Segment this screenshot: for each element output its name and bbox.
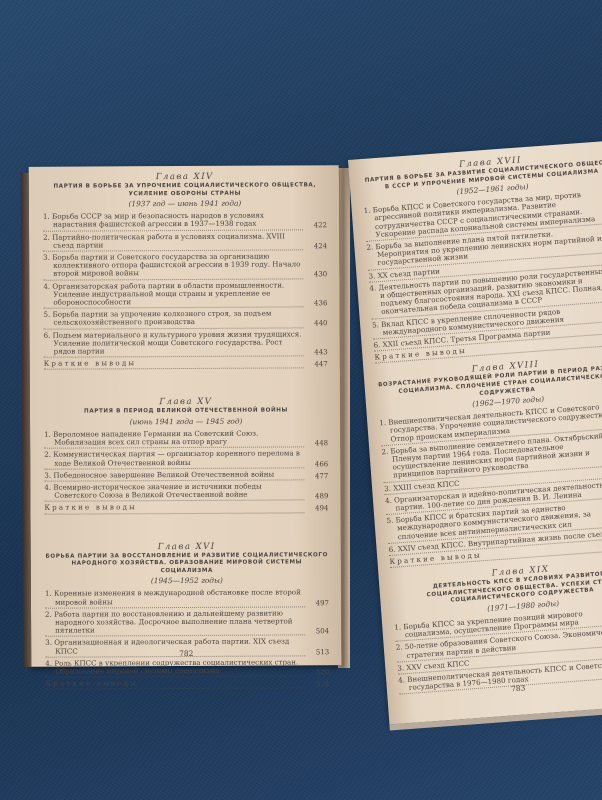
toc-entry: 4. Всемирно-историческое значение и исто… [44,482,328,502]
toc-entry-text: 1. Коренные изменения в международной об… [45,589,305,609]
toc-list: 1. Коренные изменения в международной об… [45,589,330,691]
chapter-title: БОРЬБА ПАРТИИ ЗА ВОССТАНОВЛЕНИЕ И РАЗВИТ… [45,552,329,576]
toc-entry-text: 3. Борьба партии и Советского государств… [43,252,303,280]
chapter-number: Глава XV [44,397,328,408]
toc-entry-text: 2. Коммунистическая партия — организатор… [44,450,304,470]
toc-entry-page: 524 [305,681,329,689]
toc-entry-page: 497 [305,599,329,607]
chapter-number: Глава XIV [43,171,327,182]
toc-entry: 2. Партийно-политическая работа в услови… [43,232,327,252]
toc-entry-text: 4. Роль КПСС в укреплении содружества со… [45,658,305,678]
toc-entry-text: Краткие выводы [44,359,304,371]
toc-list: 1. Борьба КПСС и Советского государства … [363,188,602,364]
toc-entry: 5. Борьба партии за упрочение колхозного… [43,309,327,329]
toc-entry: 4. Роль КПСС в укреплении содружества со… [45,658,329,678]
chapter-years: (1937 год — июнь 1941 года) [43,198,327,208]
toc-entry-page: 447 [304,360,328,368]
toc-entry: 2. Работа партии по восстановлению и дал… [45,609,329,637]
chapter-years: (1945—1952 годы) [45,576,329,586]
toc-entry-text: 4. Всемирно-историческое значение и исто… [44,482,304,502]
toc-entry-page: 440 [303,320,327,328]
toc-entry-page: 466 [304,460,328,468]
toc-entry-page: 504 [305,627,329,635]
toc-list: 1. Борьба СССР за мир и безопасность нар… [43,211,328,370]
open-book: Глава XIV ПАРТИЯ В БОРЬБЕ ЗА УПРОЧЕНИЕ С… [0,0,602,800]
toc-entry: Краткие выводы 494 [44,503,328,515]
chapter-title: ПАРТИЯ В БОРЬБЕ ЗА УПРОЧЕНИЕ СОЦИАЛИСТИЧ… [43,182,327,199]
toc-entry: 1. Коренные изменения в международной об… [45,589,329,609]
toc-entry-page: 448 [304,439,328,447]
toc-entry-page: 520 [305,668,329,676]
toc-entry-text: 5. Борьба партии за упрочение колхозного… [43,310,303,330]
chapter-heading: Глава XIV ПАРТИЯ В БОРЬБЕ ЗА УПРОЧЕНИЕ С… [43,171,327,209]
toc-entry: 4. Организаторская работа партии в облас… [43,281,327,309]
toc-entry-text: Краткие выводы [45,679,305,691]
left-page: Глава XIV ПАРТИЯ В БОРЬБЕ ЗА УПРОЧЕНИЕ С… [29,165,342,667]
toc-entry: Краткие выводы 447 [44,358,328,370]
toc-entry: 6. Подъем материального и культурного ур… [44,330,328,358]
toc-entry: 3. Победоносное завершение Великой Отече… [44,470,328,482]
toc-list: 1. Внешнеполитическая деятельность КПСС … [379,401,602,569]
toc-entry-text: 1. Борьба СССР за мир и безопасность нар… [43,212,303,232]
page-number-left: 782 [31,648,341,659]
toc-entry: 1. Борьба СССР за мир и безопасность нар… [43,211,327,231]
toc-entry-text: 2. Работа партии по восстановлению и дал… [45,609,305,637]
chapter-years: (июнь 1941 года — 1945 год) [44,416,328,426]
right-page: Глава XVII ПАРТИЯ В БОРЬБЕ ЗА РАЗВИТИЕ С… [348,141,602,725]
chapter-title: ПАРТИЯ В ПЕРИОД ВЕЛИКОЙ ОТЕЧЕСТВЕННОЙ ВО… [44,408,328,417]
toc-entry: 3. Борьба партии и Советского государств… [43,252,327,280]
toc-entry-text: 1. Вероломное нападение Германии на Сове… [44,429,304,449]
toc-entry-page: 443 [304,348,328,356]
toc-entry-text: Краткие выводы [44,503,304,515]
toc-entry-page: 430 [303,271,327,279]
chapter-heading: Глава XVI БОРЬБА ПАРТИИ ЗА ВОССТАНОВЛЕНИ… [45,541,329,586]
toc-entry-page: 422 [303,222,327,230]
toc-entry-page: 424 [303,242,327,250]
toc-entry-page: 494 [304,505,328,513]
toc-entry-text: 2. Партийно-политическая работа в услови… [43,232,303,252]
toc-entry-text: 4. Организаторская работа партии в облас… [43,281,303,309]
toc-entry-text: 3. Победоносное завершение Великой Отече… [44,470,304,482]
toc-entry-page: 477 [304,472,328,480]
toc-entry-page: 489 [304,493,328,501]
toc-list: 1. Вероломное нападение Германии на Сове… [44,429,328,514]
toc-entry: 1. Вероломное нападение Германии на Сове… [44,429,328,449]
chapter-number: Глава XVI [45,541,329,552]
toc-entry-page: 436 [303,299,327,307]
toc-entry: Краткие выводы 524 [45,679,329,691]
toc-entry: 2. Коммунистическая партия — организатор… [44,450,328,470]
chapter-heading: Глава XV ПАРТИЯ В ПЕРИОД ВЕЛИКОЙ ОТЕЧЕСТ… [44,397,328,427]
toc-entry-text: 6. Подъем материального и культурного ур… [44,330,304,358]
